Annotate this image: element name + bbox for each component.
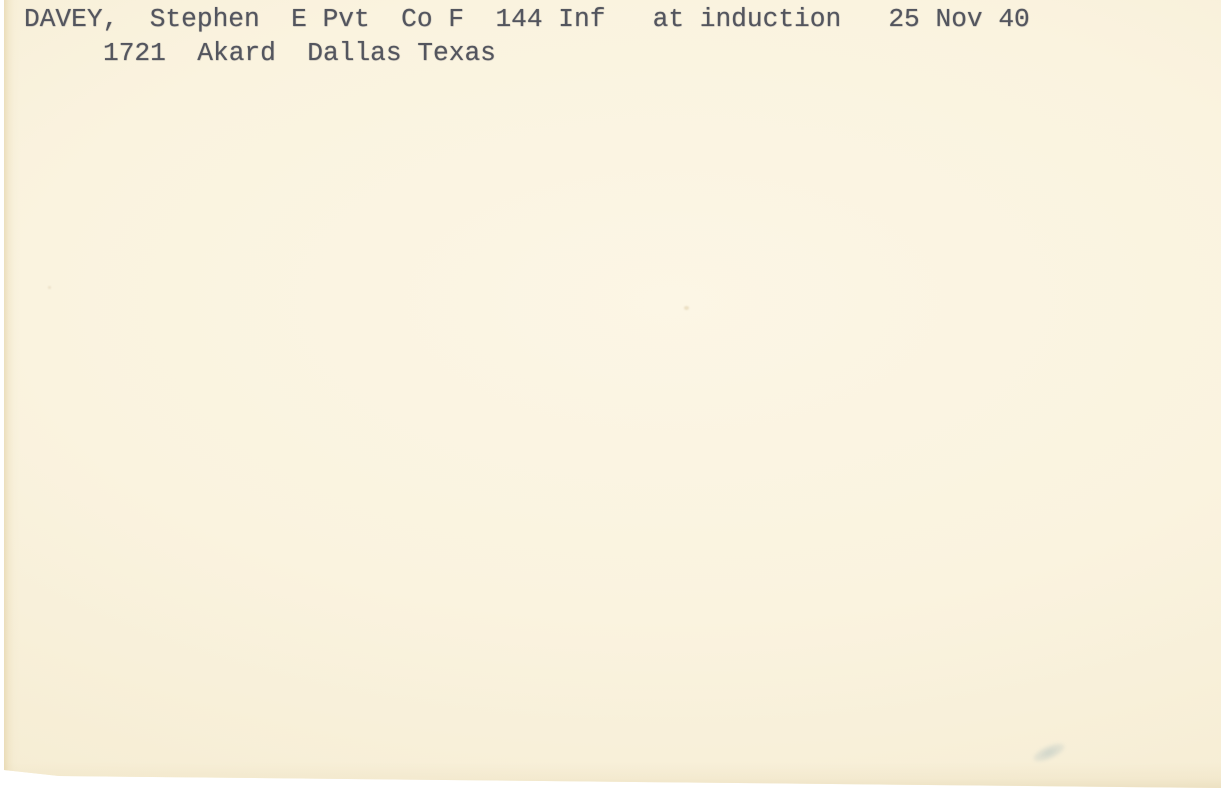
paper-speck [48,286,51,289]
paper-speck [684,306,689,310]
scan-background: DAVEY, Stephen E Pvt Co F 144 Inf at ind… [0,0,1221,803]
card-bottom-edge-shade [4,762,1221,792]
card-left-edge-shade [4,0,20,792]
typed-line-address: 1721 Akard Dallas Texas [103,36,496,70]
typed-line-name-unit-date: DAVEY, Stephen E Pvt Co F 144 Inf at ind… [24,2,1030,36]
index-card: DAVEY, Stephen E Pvt Co F 144 Inf at ind… [4,0,1221,792]
